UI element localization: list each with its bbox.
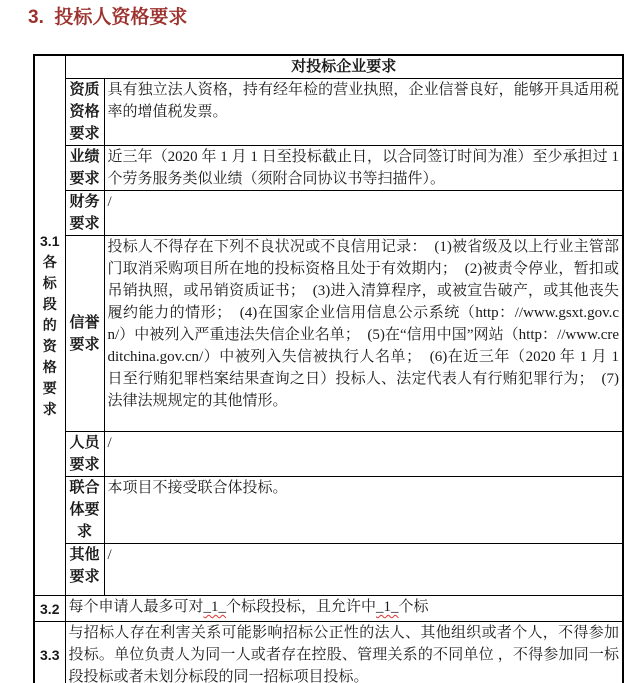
row-credit: 信誉要求 投标人不得存在下列不良状况或不良信用记录： (1)被省级及以上行业主管… [34,236,623,432]
row-qualification: 资质资格要求 具有独立法人资格，持有经年检的营业执照，企业信誉良好，能够开具适用… [34,79,623,146]
section-3-1-cell: 3.1各标段的资格要求 [34,55,65,596]
content-other: / [104,544,623,596]
label-financial: 财务要求 [65,191,104,236]
qualification-table: 3.1各标段的资格要求 对投标企业要求 资质资格要求 具有独立法人资格，持有经年… [33,54,624,683]
content-personnel: / [104,432,623,477]
content-credit: 投标人不得存在下列不良状况或不良信用记录： (1)被省级及以上行业主管部门取消采… [104,236,623,432]
row-3-2-number: 3.2 [34,596,65,622]
content-financial: / [104,191,623,236]
row-3-2-blank-field: _1_ [376,599,399,615]
label-credit: 信誉要求 [65,236,104,432]
label-other: 其他要求 [65,544,104,596]
row-3-2: 3.2 每个申请人最多可对_1_个标段投标，且允许中_1_个标 [34,596,623,622]
row-performance: 业绩要求 近三年（2020 年 1 月 1 日至投标截止日，以合同签订时间为准）… [34,146,623,191]
row-3-2-text-segment: 个标段投标，且允许中 [226,599,376,615]
label-qualification: 资质资格要求 [65,79,104,146]
row-3-3-number: 3.3 [34,622,65,683]
row-3-2-text-segment: 每个申请人最多可对 [69,599,204,615]
row-financial: 财务要求 / [34,191,623,236]
row-3-2-text-segment: 个标 [399,599,429,615]
content-qualification: 具有独立法人资格，持有经年检的营业执照，企业信誉良好，能够开具适用税率的增值税发… [104,79,623,146]
table-header-label: 对投标企业要求 [65,55,623,79]
row-other: 其他要求 / [34,544,623,596]
page-title: 3. 投标人资格要求 [28,6,627,30]
document-page: { "page": { "title": "3. 投标人资格要求" }, "co… [0,0,627,683]
row-personnel: 人员要求 / [34,432,623,477]
row-3-2-blank-field: _1_ [204,599,227,615]
label-performance: 业绩要求 [65,146,104,191]
row-3-3: 3.3 与招标人存在利害关系可能影响招标公正性的法人、其他组织或者个人，不得参加… [34,622,623,683]
label-personnel: 人员要求 [65,432,104,477]
label-consortium: 联合体要求 [65,477,104,544]
row-3-2-content: 每个申请人最多可对_1_个标段投标，且允许中_1_个标 [65,596,623,622]
row-3-3-content: 与招标人存在利害关系可能影响招标公正性的法人、其他组织或者个人，不得参加投标。单… [65,622,623,683]
content-consortium: 本项目不接受联合体投标。 [104,477,623,544]
table-header-row: 3.1各标段的资格要求 对投标企业要求 [34,55,623,79]
content-performance: 近三年（2020 年 1 月 1 日至投标截止日，以合同签订时间为准）至少承担过… [104,146,623,191]
row-consortium: 联合体要求 本项目不接受联合体投标。 [34,477,623,544]
